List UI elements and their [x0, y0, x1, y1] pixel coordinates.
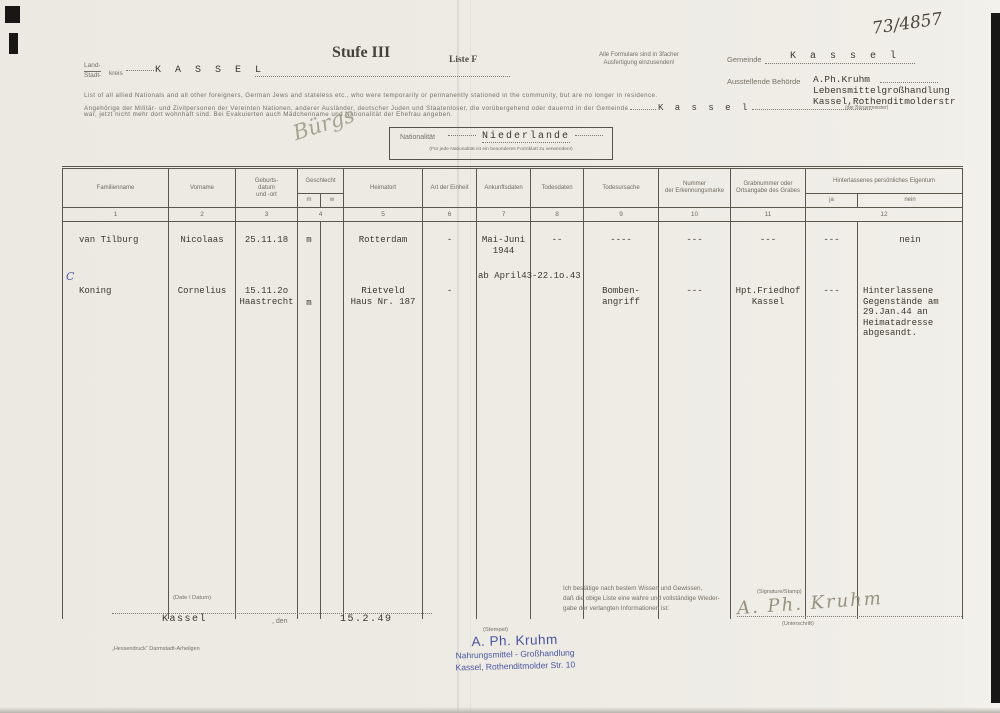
cell-geschlecht-m: m — [298, 283, 321, 390]
col-header-ankunftsdaten: Ankunftsdaten — [477, 168, 531, 208]
kreis-label: kreis — [109, 70, 123, 77]
scan-edge-right — [991, 13, 1000, 703]
certification-line3: gabe der verlangten Informationen ist: — [563, 604, 720, 614]
col-number: 9 — [584, 208, 659, 222]
cell-ursache: ---- — [584, 222, 659, 284]
col-header-m: m — [298, 194, 321, 208]
nationality-box: Nationalität Niederlande (Für jede Natio… — [389, 127, 613, 160]
table-row: Koning Cornelius 15.11.2o Haastrecht m R… — [63, 283, 963, 390]
nationality-note: (Für jede Nationalität ist ein besondere… — [390, 147, 612, 152]
col-header-todesursache: Todesursache — [584, 168, 659, 208]
behoerde-line2: Lebensmittelgroßhandlung — [813, 85, 950, 96]
kreis-dotted-line — [126, 70, 154, 71]
cell-eigentum-bemerkung: Hinterlassene Gegenstände am 29.Jan.44 a… — [858, 283, 963, 390]
cell-einheit: - — [423, 222, 477, 284]
stadt-label: Stadt- — [84, 72, 101, 80]
liste-title: Liste F — [449, 55, 477, 65]
land-label: Land- — [84, 62, 101, 72]
behoerde-sub-label: (der Bürgermeister) — [845, 105, 888, 111]
cell-geschlecht-w — [321, 222, 344, 284]
form-note: Alle Formulare sind in 3facher Ausfertig… — [558, 52, 720, 67]
kreis-dotted-line-2 — [255, 76, 510, 77]
col-header-w: w — [321, 194, 344, 208]
ort-value: Kassel — [162, 614, 207, 625]
cell-familienname: van Tilburg — [63, 222, 169, 284]
table-empty-space — [63, 390, 963, 619]
nationality-label: Nationalität — [400, 134, 435, 141]
col-number: 11 — [731, 208, 806, 222]
scan-mark-top-left-1 — [5, 6, 20, 23]
certification-line2: daß die obige Liste eine wahre und volls… — [563, 594, 720, 604]
stufe-title: Stufe III — [332, 44, 390, 62]
col-number: 7 — [477, 208, 531, 222]
col-header-todesdaten: Todesdaten — [531, 168, 584, 208]
instructions-line-de2: war, jetzt nicht mehr dort wohnhaft sind… — [84, 111, 453, 118]
den-label: , den — [272, 618, 288, 625]
col-number: 10 — [659, 208, 731, 222]
nationality-dots — [448, 135, 476, 136]
leader-dots — [630, 101, 656, 110]
printer-note: „Hessendruck“ Darmstadt-Arheilgen — [112, 646, 200, 652]
gemeinde-value: K a s s e l — [790, 51, 900, 62]
cell-vorname: Nicolaas — [169, 222, 236, 284]
col-header-vorname: Vorname — [169, 168, 236, 208]
cell-heimatort: Rietveld Haus Nr. 187 — [344, 283, 423, 390]
cell-marke: --- — [659, 283, 731, 390]
cell-geschlecht-w — [321, 283, 344, 390]
cell-todes — [531, 283, 584, 390]
cell-geschlecht-m: m — [298, 222, 321, 284]
cell-einheit: - — [423, 283, 477, 390]
ort-datum-label: (Date / Datum) — [173, 595, 211, 601]
col-header-geburtsdatum: Geburts- datum und -ort — [236, 168, 298, 208]
company-stamp: A. Ph. Kruhm Nahrungsmittel - Großhandlu… — [405, 630, 626, 674]
form-note-line1: Alle Formulare sind in 3facher — [558, 52, 720, 60]
col-header-heimatort: Heimatort — [344, 168, 423, 208]
cell-ankunft-todes-span: ab April43-22.1o.43 — [478, 271, 581, 281]
col-number: 4 — [298, 208, 344, 222]
cell-eigentum-ja: --- — [806, 283, 858, 390]
col-number: 8 — [531, 208, 584, 222]
nationality-value: Niederlande — [482, 131, 570, 143]
col-header-grabnummer: Grabnummer oder Ortsangabe des Grabes — [731, 168, 806, 208]
nationality-dots-2 — [575, 135, 603, 136]
cell-ankunft — [477, 283, 531, 390]
form-note-line2: Ausfertigung einzusenden! — [558, 60, 720, 68]
behoerde-dotted-line — [880, 82, 938, 83]
col-header-geschlecht: Geschlecht — [298, 168, 344, 194]
instructions-gemeinde-value: K a s s e l — [658, 103, 750, 113]
cell-marke: --- — [659, 222, 731, 284]
cell-vorname: Cornelius — [169, 283, 236, 390]
col-number: 6 — [423, 208, 477, 222]
col-header-ja: ja — [806, 194, 858, 208]
scan-mark-top-left-2 — [9, 33, 18, 54]
cell-heimatort: Rotterdam — [344, 222, 423, 284]
gemeinde-label: Gemeinde — [727, 55, 762, 64]
col-number: 12 — [806, 208, 963, 222]
col-header-eigentum: Hinterlassenes persönliches Eigentum — [806, 168, 963, 194]
gemeinde-dotted-line — [765, 63, 915, 64]
certification-text: Ich bestätige nach bestem Wissen und Gew… — [563, 584, 720, 614]
behoerde-label: Ausstellende Behörde — [727, 77, 800, 86]
cell-geburt: 25.11.18 — [236, 222, 298, 284]
scan-edge-bottom — [0, 707, 1000, 713]
stempel-label: (Stempel) — [483, 627, 508, 633]
col-header-nein: nein — [858, 194, 963, 208]
cell-ursache: Bomben- angriff — [584, 283, 659, 390]
col-header-art-der-einheit: Art der Einheit — [423, 168, 477, 208]
unterschrift-label: (Unterschrift) — [782, 621, 814, 627]
cell-grab: --- — [731, 222, 806, 284]
col-number: 5 — [344, 208, 423, 222]
document-scan: 73/4857 Land- Stadt- kreis K A S S E L L… — [0, 0, 1000, 713]
behoerde-line1: A.Ph.Kruhm — [813, 74, 870, 85]
datum-value: 15.2.49 — [340, 614, 393, 625]
col-header-erkennungsmarke: Nummer der Erkennungsmarke — [659, 168, 731, 208]
cell-eigentum-ja: --- — [806, 222, 858, 284]
cell-grab: Hpt.Friedhof Kassel — [731, 283, 806, 390]
certification-line1: Ich bestätige nach bestem Wissen und Gew… — [563, 584, 720, 594]
handwritten-ref-number: 73/4857 — [871, 9, 944, 39]
col-number: 2 — [169, 208, 236, 222]
handwritten-margin-mark: C — [66, 270, 74, 283]
col-number: 1 — [63, 208, 169, 222]
instructions-line-en: List of all allied Nationals and all oth… — [84, 92, 658, 99]
col-number: 3 — [236, 208, 298, 222]
kreis-value: K A S S E L — [155, 65, 265, 76]
col-header-familienname: Familienname — [63, 168, 169, 208]
kreis-label-block: Land- Stadt- — [84, 62, 101, 80]
cell-eigentum-nein: nein — [858, 222, 963, 284]
cell-familienname: Koning — [63, 283, 169, 390]
persons-table: Familienname Vorname Geburts- datum und … — [62, 166, 963, 619]
signature-dotted-line — [737, 616, 962, 617]
cell-geburt: 15.11.2o Haastrecht — [236, 283, 298, 390]
